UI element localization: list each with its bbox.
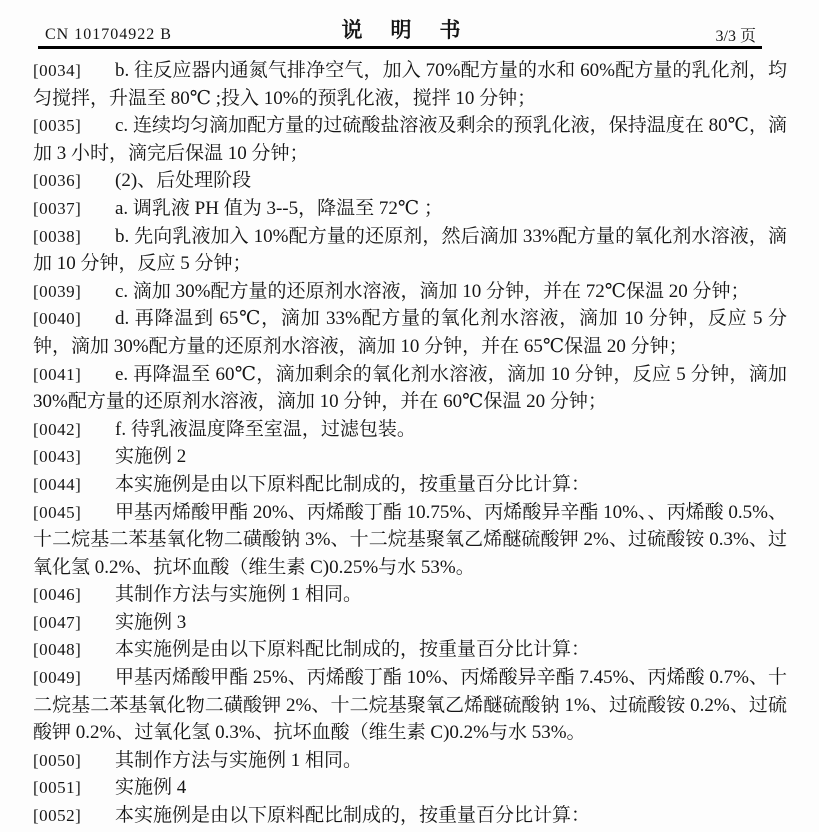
- paragraph-text: c. 滴加 30%配方量的还原剂水溶液，滴加 10 分钟，并在 72℃保温 20…: [115, 281, 750, 302]
- paragraph-number: [0043]: [33, 443, 115, 471]
- paragraph-number: [0052]: [33, 802, 115, 830]
- paragraph: [0047]实施例 3: [33, 609, 787, 637]
- paragraph-text: 甲基丙烯酸甲酯 25%、丙烯酸丁酯 10%、丙烯酸异辛酯 7.45%、丙烯酸 0…: [33, 667, 787, 743]
- paragraph-text: d. 再降温到 65℃，滴加 33%配方量的氧化剂水溶液，滴加 10 分钟，反应…: [33, 308, 787, 357]
- paragraph-text: 其制作方法与实施例 1 相同。: [115, 750, 362, 771]
- paragraph-text: 本实施例是由以下原料配比制成的，按重量百分比计算：: [115, 805, 590, 826]
- paragraph-number: [0037]: [33, 195, 115, 223]
- paragraph-number: [0047]: [33, 609, 115, 637]
- paragraph-number: [0040]: [33, 305, 115, 333]
- paragraph-text: c. 连续均匀滴加配方量的过硫酸盐溶液及剩余的预乳化液，保持温度在 80℃，滴加…: [33, 115, 787, 164]
- paragraph-text: 实施例 4: [115, 777, 186, 798]
- paragraph-text: (2)、后处理阶段: [115, 170, 251, 191]
- paragraph: [0038]b. 先向乳液加入 10%配方量的还原剂，然后滴加 33%配方量的氧…: [33, 223, 787, 278]
- paragraph-text: 实施例 3: [115, 612, 186, 633]
- paragraph: [0039]c. 滴加 30%配方量的还原剂水溶液，滴加 10 分钟，并在 72…: [33, 278, 787, 306]
- paragraph: [0049]甲基丙烯酸甲酯 25%、丙烯酸丁酯 10%、丙烯酸异辛酯 7.45%…: [33, 664, 787, 747]
- paragraph: [0045]甲基丙烯酸甲酯 20%、丙烯酸丁酯 10.75%、丙烯酸异辛酯 10…: [33, 499, 787, 582]
- paragraph-number: [0048]: [33, 636, 115, 664]
- document-number: CN 101704922 B: [45, 26, 172, 44]
- paragraph-number: [0038]: [33, 223, 115, 251]
- page-header: CN 101704922 B 说明书 3/3 页: [40, 20, 762, 46]
- paragraph-text: f. 待乳液温度降至室温，过滤包装。: [115, 419, 416, 440]
- paragraph: [0042]f. 待乳液温度降至室温，过滤包装。: [33, 416, 787, 444]
- paragraph-text: 其制作方法与实施例 1 相同。: [115, 584, 362, 605]
- paragraph-number: [0044]: [33, 471, 115, 499]
- paragraph-text: 甲基丙烯酸甲酯 20%、丙烯酸丁酯 10.75%、丙烯酸异辛酯 10%、、丙烯酸…: [33, 502, 787, 578]
- paragraph: [0046]其制作方法与实施例 1 相同。: [33, 581, 787, 609]
- paragraph-number: [0034]: [33, 57, 115, 85]
- paragraph-number: [0042]: [33, 416, 115, 444]
- paragraph-number: [0041]: [33, 361, 115, 389]
- paragraph: [0040]d. 再降温到 65℃，滴加 33%配方量的氧化剂水溶液，滴加 10…: [33, 305, 787, 360]
- paragraph: [0048]本实施例是由以下原料配比制成的，按重量百分比计算：: [33, 636, 787, 664]
- paragraph-text: a. 调乳液 PH 值为 3--5，降温至 72℃ ；: [115, 198, 443, 219]
- header-divider-rule: [38, 46, 762, 49]
- paragraph-number: [0036]: [33, 167, 115, 195]
- paragraph-text: 实施例 2: [115, 446, 186, 467]
- paragraph: [0034]b. 往反应器内通氮气排净空气，加入 70%配方量的水和 60%配方…: [33, 57, 787, 112]
- paragraph-text: b. 先向乳液加入 10%配方量的还原剂，然后滴加 33%配方量的氧化剂水溶液，…: [33, 226, 787, 275]
- page-number: 3/3 页: [716, 23, 756, 46]
- paragraph: [0037]a. 调乳液 PH 值为 3--5，降温至 72℃ ；: [33, 195, 787, 223]
- paragraph-number: [0046]: [33, 581, 115, 609]
- paragraph: [0036](2)、后处理阶段: [33, 167, 787, 195]
- paragraph: [0051]实施例 4: [33, 774, 787, 802]
- paragraph-text: 本实施例是由以下原料配比制成的，按重量百分比计算：: [115, 474, 590, 495]
- paragraph: [0050]其制作方法与实施例 1 相同。: [33, 747, 787, 775]
- paragraph: [0044]本实施例是由以下原料配比制成的，按重量百分比计算：: [33, 471, 787, 499]
- paragraph: [0041]e. 再降温至 60℃，滴加剩余的氧化剂水溶液，滴加 10 分钟，反…: [33, 361, 787, 416]
- paragraph: [0043]实施例 2: [33, 443, 787, 471]
- paragraph-number: [0049]: [33, 664, 115, 692]
- paragraph-number: [0051]: [33, 774, 115, 802]
- paragraph-number: [0039]: [33, 278, 115, 306]
- paragraph-number: [0050]: [33, 747, 115, 775]
- paragraph-number: [0035]: [33, 112, 115, 140]
- paragraph: [0052]本实施例是由以下原料配比制成的，按重量百分比计算：: [33, 802, 787, 830]
- document-body: [0034]b. 往反应器内通氮气排净空气，加入 70%配方量的水和 60%配方…: [33, 57, 787, 830]
- page-title: 说明书: [314, 14, 489, 44]
- paragraph-text: 本实施例是由以下原料配比制成的，按重量百分比计算：: [115, 639, 590, 660]
- patent-specification-page: CN 101704922 B 说明书 3/3 页 [0034]b. 往反应器内通…: [0, 0, 819, 832]
- paragraph-number: [0045]: [33, 499, 115, 527]
- paragraph-text: b. 往反应器内通氮气排净空气，加入 70%配方量的水和 60%配方量的乳化剂，…: [33, 60, 787, 109]
- paragraph-text: e. 再降温至 60℃，滴加剩余的氧化剂水溶液，滴加 10 分钟，反应 5 分钟…: [33, 364, 787, 413]
- paragraph: [0035]c. 连续均匀滴加配方量的过硫酸盐溶液及剩余的预乳化液，保持温度在 …: [33, 112, 787, 167]
